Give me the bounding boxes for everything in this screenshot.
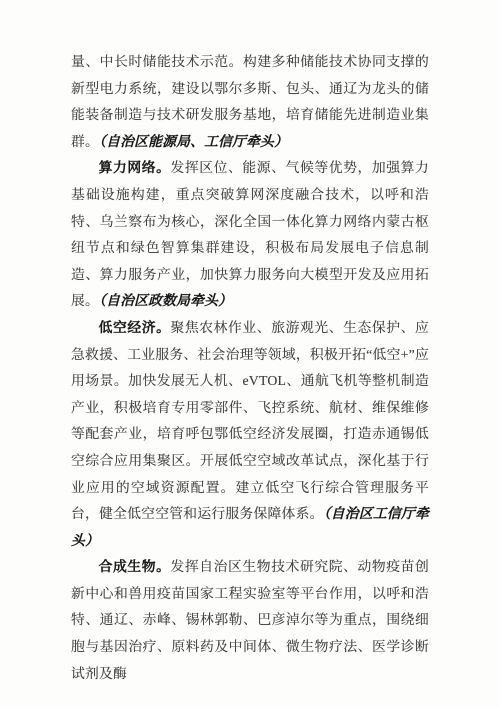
document-text-block: 量、中长时储能技术示范。构建多种储能技术协同支撑的新型电力系统，建设以鄂尔多斯、… (71, 49, 429, 687)
paragraph-low-altitude-economy: 低空经济。聚焦农林作业、旅游观光、生态保护、应急救援、工业服务、社会治理等领域，… (71, 315, 429, 554)
paragraph-synthetic-biology: 合成生物。发挥自治区生物技术研究院、动物疫苗创新中心和兽用疫苗国家工程实验室等平… (71, 554, 429, 687)
paragraph-body: 发挥区位、能源、气候等优势，加强算力基础设施构建，重点突破算网深度融合技术，以呼… (71, 160, 429, 308)
paragraph-heading: 算力网络。 (99, 160, 171, 175)
paragraph-computing-network: 算力网络。发挥区位、能源、气候等优势，加强算力基础设施构建，重点突破算网深度融合… (71, 155, 429, 315)
paragraph-body: 发挥自治区生物技术研究院、动物疫苗创新中心和兽用疫苗国家工程实验室等平台作用，以… (71, 559, 429, 680)
paragraph-heading: 低空经济。 (99, 320, 171, 335)
paragraph-body: 聚焦农林作业、旅游观光、生态保护、应急救援、工业服务、社会治理等领域，积极开拓“… (71, 320, 429, 521)
lead-agency-attribution: （自治区政数局牵头） (99, 293, 232, 308)
paragraph-heading: 合成生物。 (99, 559, 171, 574)
document-page: 量、中长时储能技术示范。构建多种储能技术协同支撑的新型电力系统，建设以鄂尔多斯、… (0, 0, 500, 707)
lead-agency-attribution: （自治区能源局、工信厅牵头） (99, 134, 288, 149)
paragraph-energy-storage-continuation: 量、中长时储能技术示范。构建多种储能技术协同支撑的新型电力系统，建设以鄂尔多斯、… (71, 49, 429, 155)
